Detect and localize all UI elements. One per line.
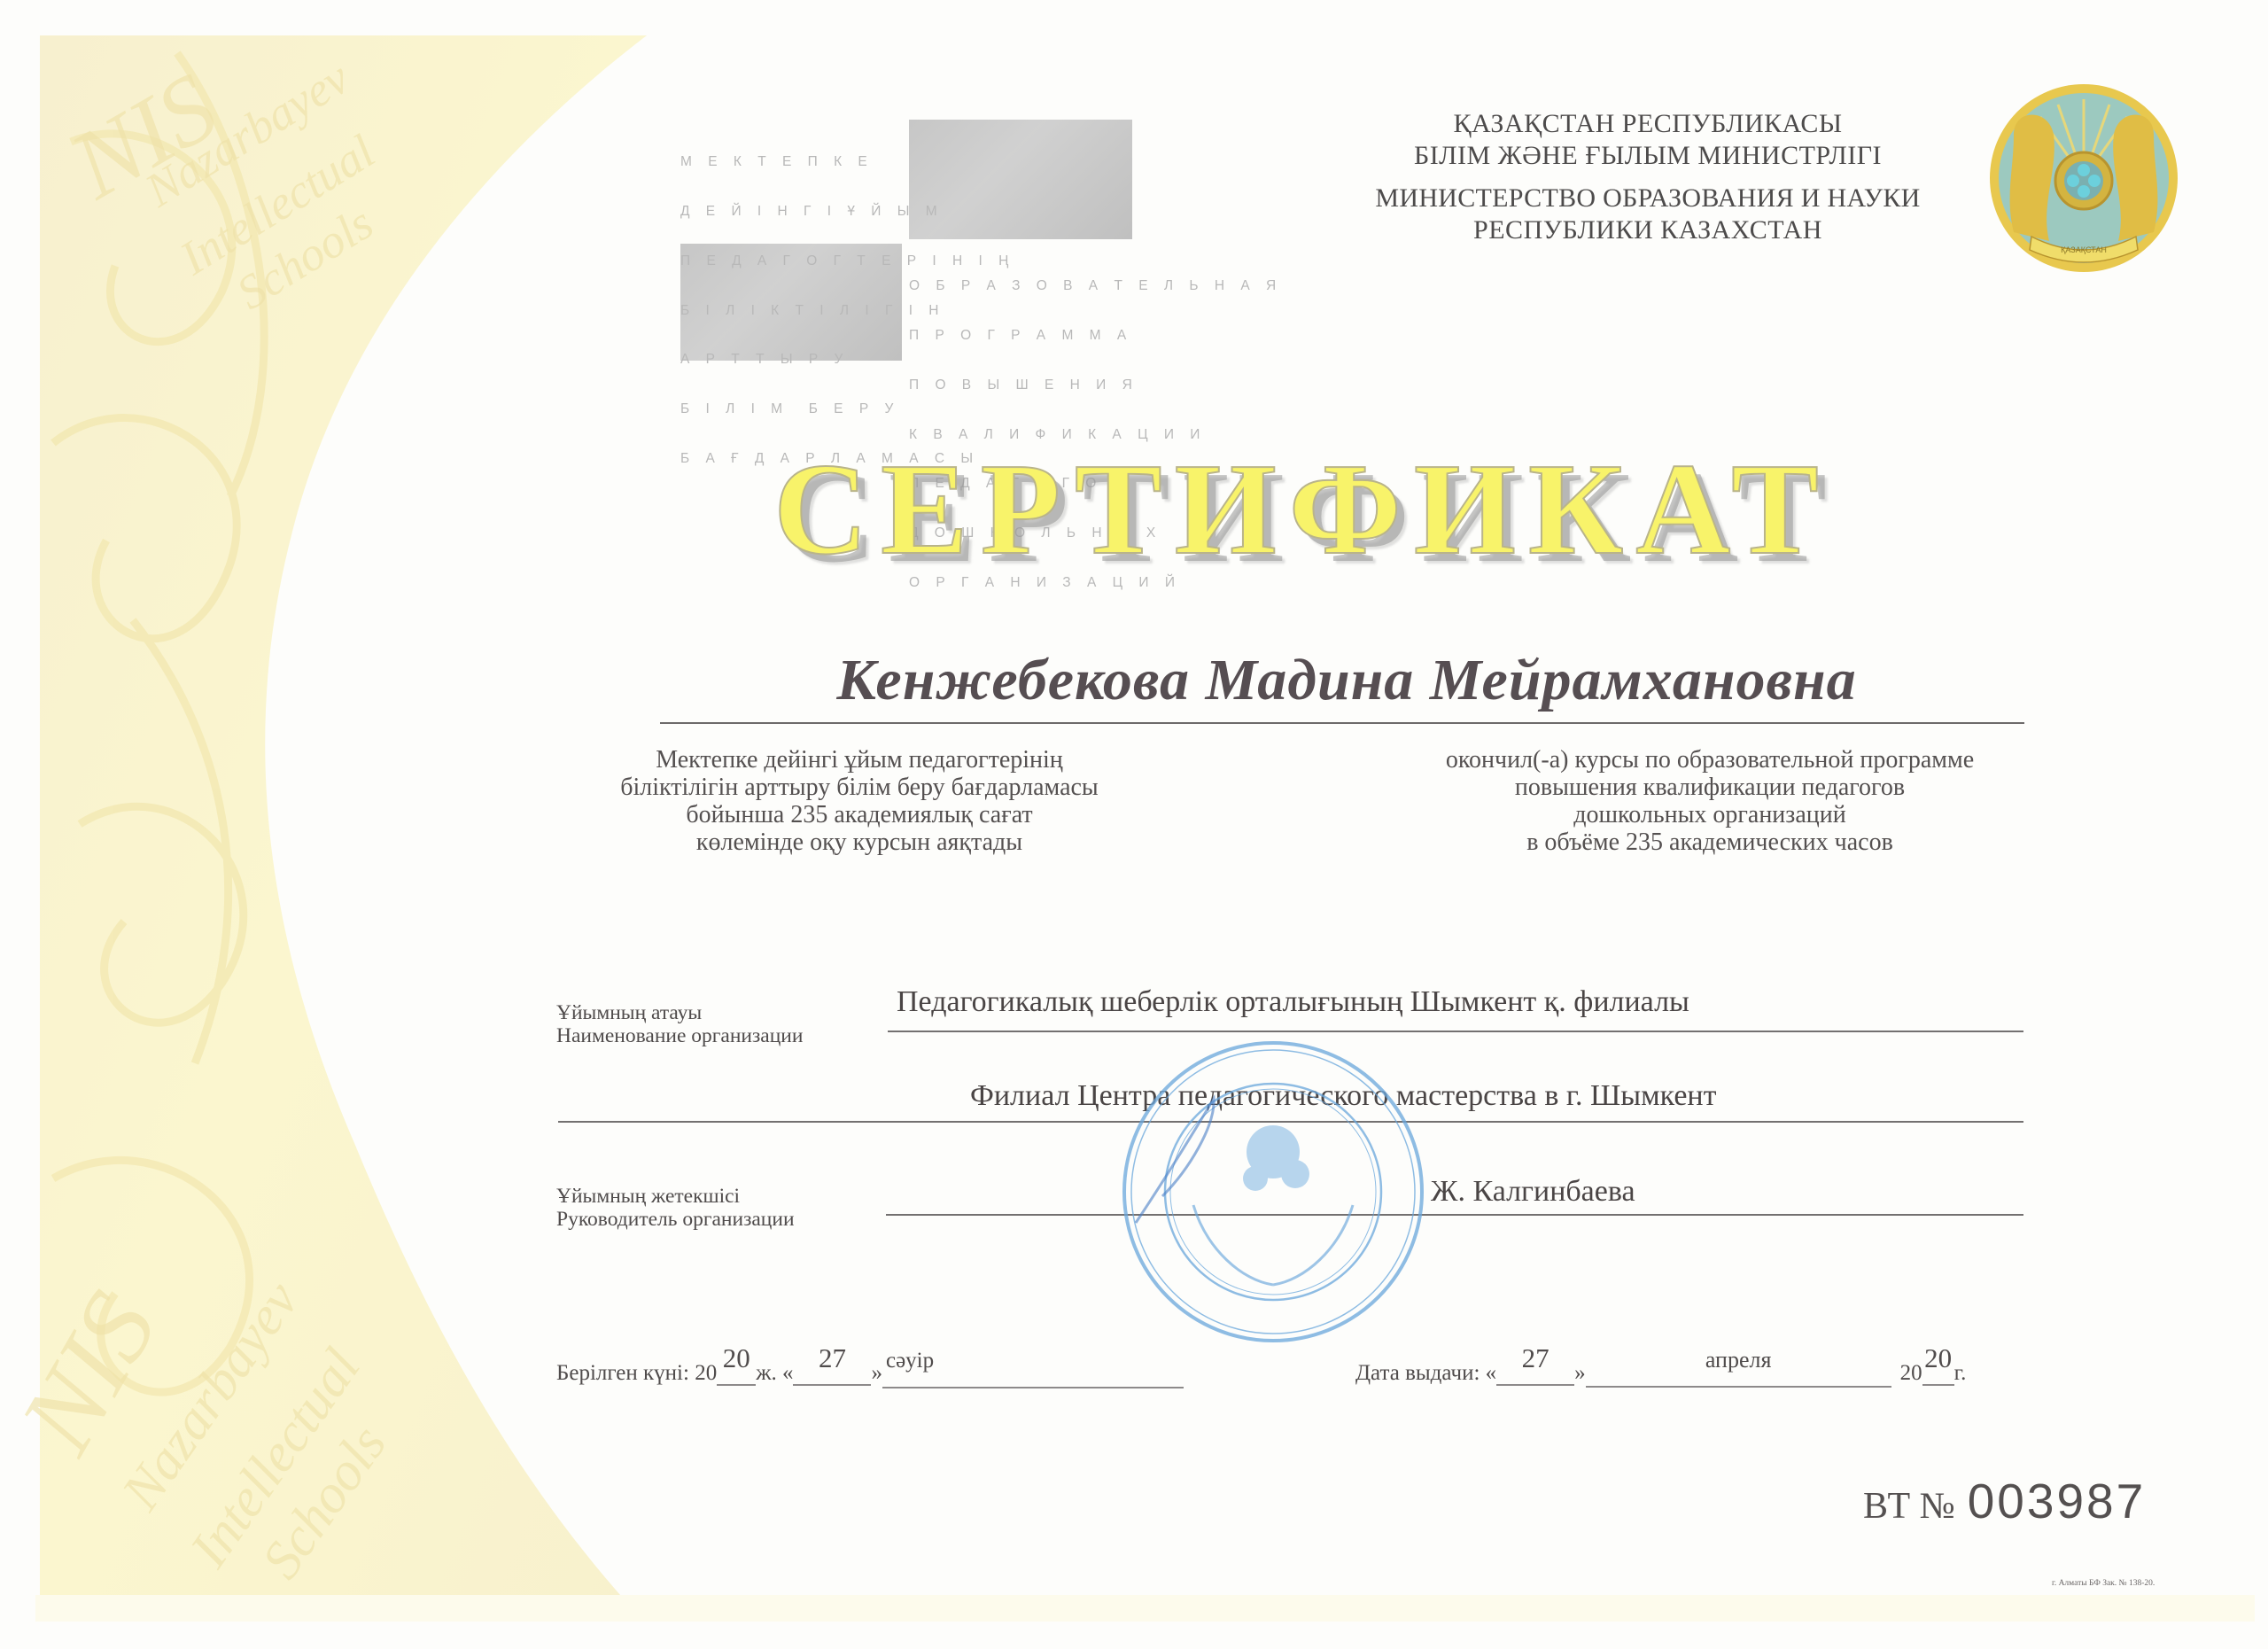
ministry-ru-line-2: РЕСПУБЛИКИ КАЗАХСТАН [1347, 214, 1949, 246]
issue-day-kz: 27 [819, 1342, 846, 1373]
serial-number: ВТ №003987 [1863, 1473, 2146, 1529]
head-name: Ж. Калгинбаева [1431, 1175, 1635, 1209]
organization-label: Ұйымның атауы Наименование организации [556, 1001, 803, 1047]
course-description-kz: Мектепке дейінгі ұйым педагогтерінің біл… [549, 746, 1169, 856]
issue-year-ru: 20 [1924, 1342, 1952, 1373]
official-stamp-icon [1109, 1028, 1437, 1356]
ministry-ru-line-1: МИНИСТЕРСТВО ОБРАЗОВАНИЯ И НАУКИ [1347, 183, 1949, 214]
issue-day-ru: 27 [1522, 1342, 1550, 1373]
issue-month-kz: сәуір [882, 1349, 934, 1373]
serial-digits: 003987 [1968, 1474, 2147, 1528]
field-underline [888, 1031, 2023, 1032]
organization-name-kz: Педагогикалық шеберлік орталығының Шымке… [897, 985, 1689, 1019]
ministry-kz-line-2: БІЛІМ ЖӘНЕ ҒЫЛЫМ МИНИСТРЛІГІ [1347, 140, 1949, 172]
program-logo: М Е К Т Е П К Е Д Е Й І Н Г І Ұ Й Ы М П … [680, 120, 1132, 361]
ministry-header: ҚАЗАҚСТАН РЕСПУБЛИКАСЫ БІЛІМ ЖӘНЕ ҒЫЛЫМ … [1347, 108, 1949, 246]
issue-year-kz: 20 [723, 1342, 750, 1373]
issue-month-ru: апреля [1705, 1347, 1772, 1373]
signature-line [886, 1214, 2023, 1216]
certificate-title: СЕРТИФИКАТ [700, 439, 1905, 580]
serial-series: ВТ № [1863, 1486, 1955, 1527]
ministry-kz-line-1: ҚАЗАҚСТАН РЕСПУБЛИКАСЫ [1347, 108, 1949, 140]
head-label: Ұйымның жетекшісі Руководитель организац… [556, 1185, 795, 1231]
svg-text:ҚАЗАҚСТАН: ҚАЗАҚСТАН [2061, 245, 2107, 254]
course-description-ru: окончил(-а) курсы по образовательной про… [1364, 746, 2055, 856]
printer-note: г. Алматы БФ Зак. № 138-20. [2052, 1579, 2155, 1588]
issue-date-ru: Дата выдачи: «27»апреля2020г. [1355, 1357, 1966, 1388]
recipient-underline [660, 722, 2024, 724]
recipient-name: Кенжебекова Мадина Мейрамхановна [673, 647, 2020, 714]
kazakhstan-coat-of-arms-icon: ҚАЗАҚСТАН [1987, 82, 2180, 275]
issue-date-kz: Берілген күні: 2020ж. «27»сәуір [556, 1357, 1184, 1388]
